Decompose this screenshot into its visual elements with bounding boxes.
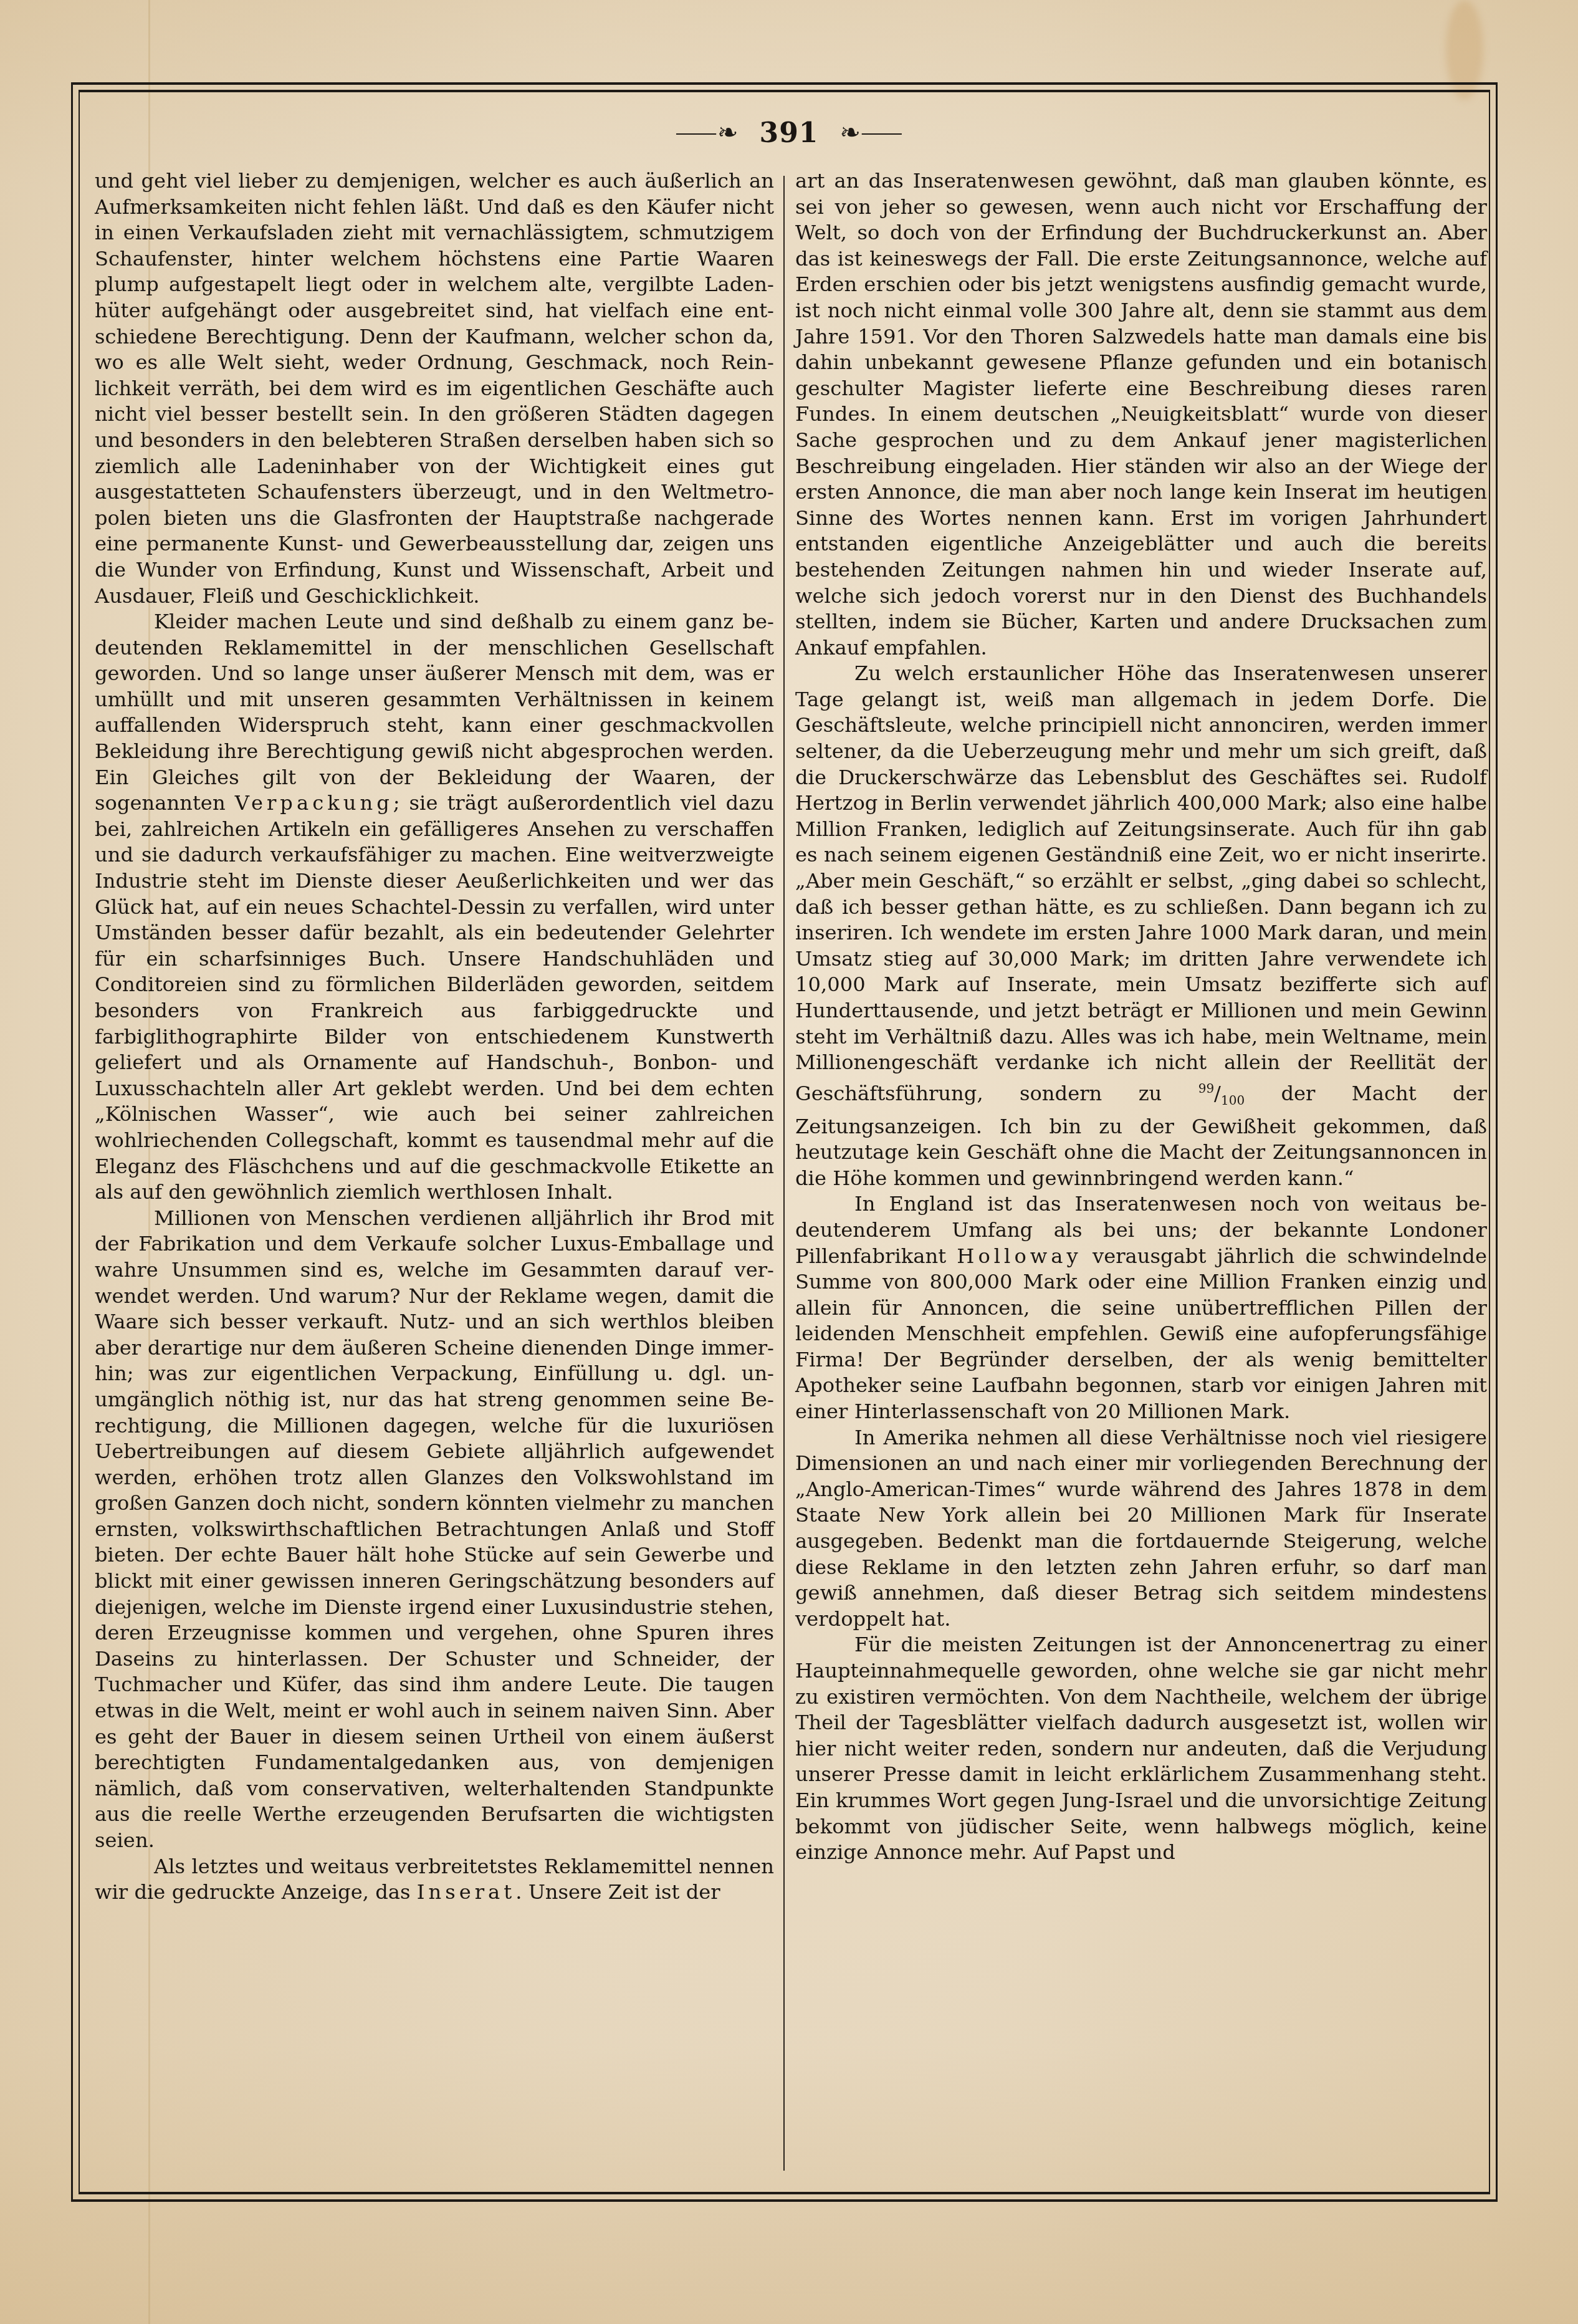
paragraph: Als letztes und weitaus verbreitetstes R… — [95, 1854, 774, 1906]
column-divider — [783, 176, 785, 2171]
paragraph: Millionen von Menschen verdienen alljähr… — [95, 1206, 774, 1854]
paragraph: Für die meisten Zeitungen ist der Annonc… — [795, 1632, 1487, 1865]
paragraph: In England ist das Inseratenwesen noch v… — [795, 1191, 1487, 1424]
paragraph-text: Zu welch erstaunlicher Höhe das Inserate… — [795, 661, 1487, 1105]
paragraph: Zu welch erstaunlicher Höhe das Inserate… — [795, 661, 1487, 1191]
left-column: und geht viel lieber zu demjenigen, welc… — [95, 168, 774, 1906]
spaced-emphasis: Holloway — [957, 1244, 1081, 1268]
paragraph: und geht viel lieber zu demjenigen, welc… — [95, 168, 774, 609]
fraction-denominator: 100 — [1221, 1093, 1245, 1108]
paragraph-text: Kleider machen Leute und sind deßhalb zu… — [95, 610, 774, 815]
page-header: ⸺❧ 391 ❧⸺ — [0, 111, 1578, 155]
right-column: art an das Inseratenwesen gewöhnt, daß m… — [795, 168, 1487, 1866]
paragraph-text: . Unsere Zeit ist der­ — [515, 1880, 720, 1904]
paragraph: In Amerika nehmen all diese Verhältnisse… — [795, 1425, 1487, 1633]
fraction-numerator: 99 — [1198, 1081, 1214, 1096]
paragraph-text: verausgabt jährlich die schwindelnde Sum… — [795, 1244, 1487, 1424]
paragraph: Kleider machen Leute und sind deßhalb zu… — [95, 609, 774, 1206]
page-number: 391 — [760, 117, 819, 149]
paragraph: art an das Inseratenwesen gewöhnt, daß m… — [795, 168, 1487, 661]
ornament-left-icon: ⸺❧ — [675, 120, 738, 145]
ornament-right-icon: ❧⸺ — [839, 120, 902, 145]
paragraph-text: ; sie trägt außerordentlich viel dazu be… — [95, 791, 774, 1204]
spaced-emphasis: Verpack­ung — [235, 791, 393, 815]
spaced-emphasis: Inserat — [417, 1880, 516, 1904]
